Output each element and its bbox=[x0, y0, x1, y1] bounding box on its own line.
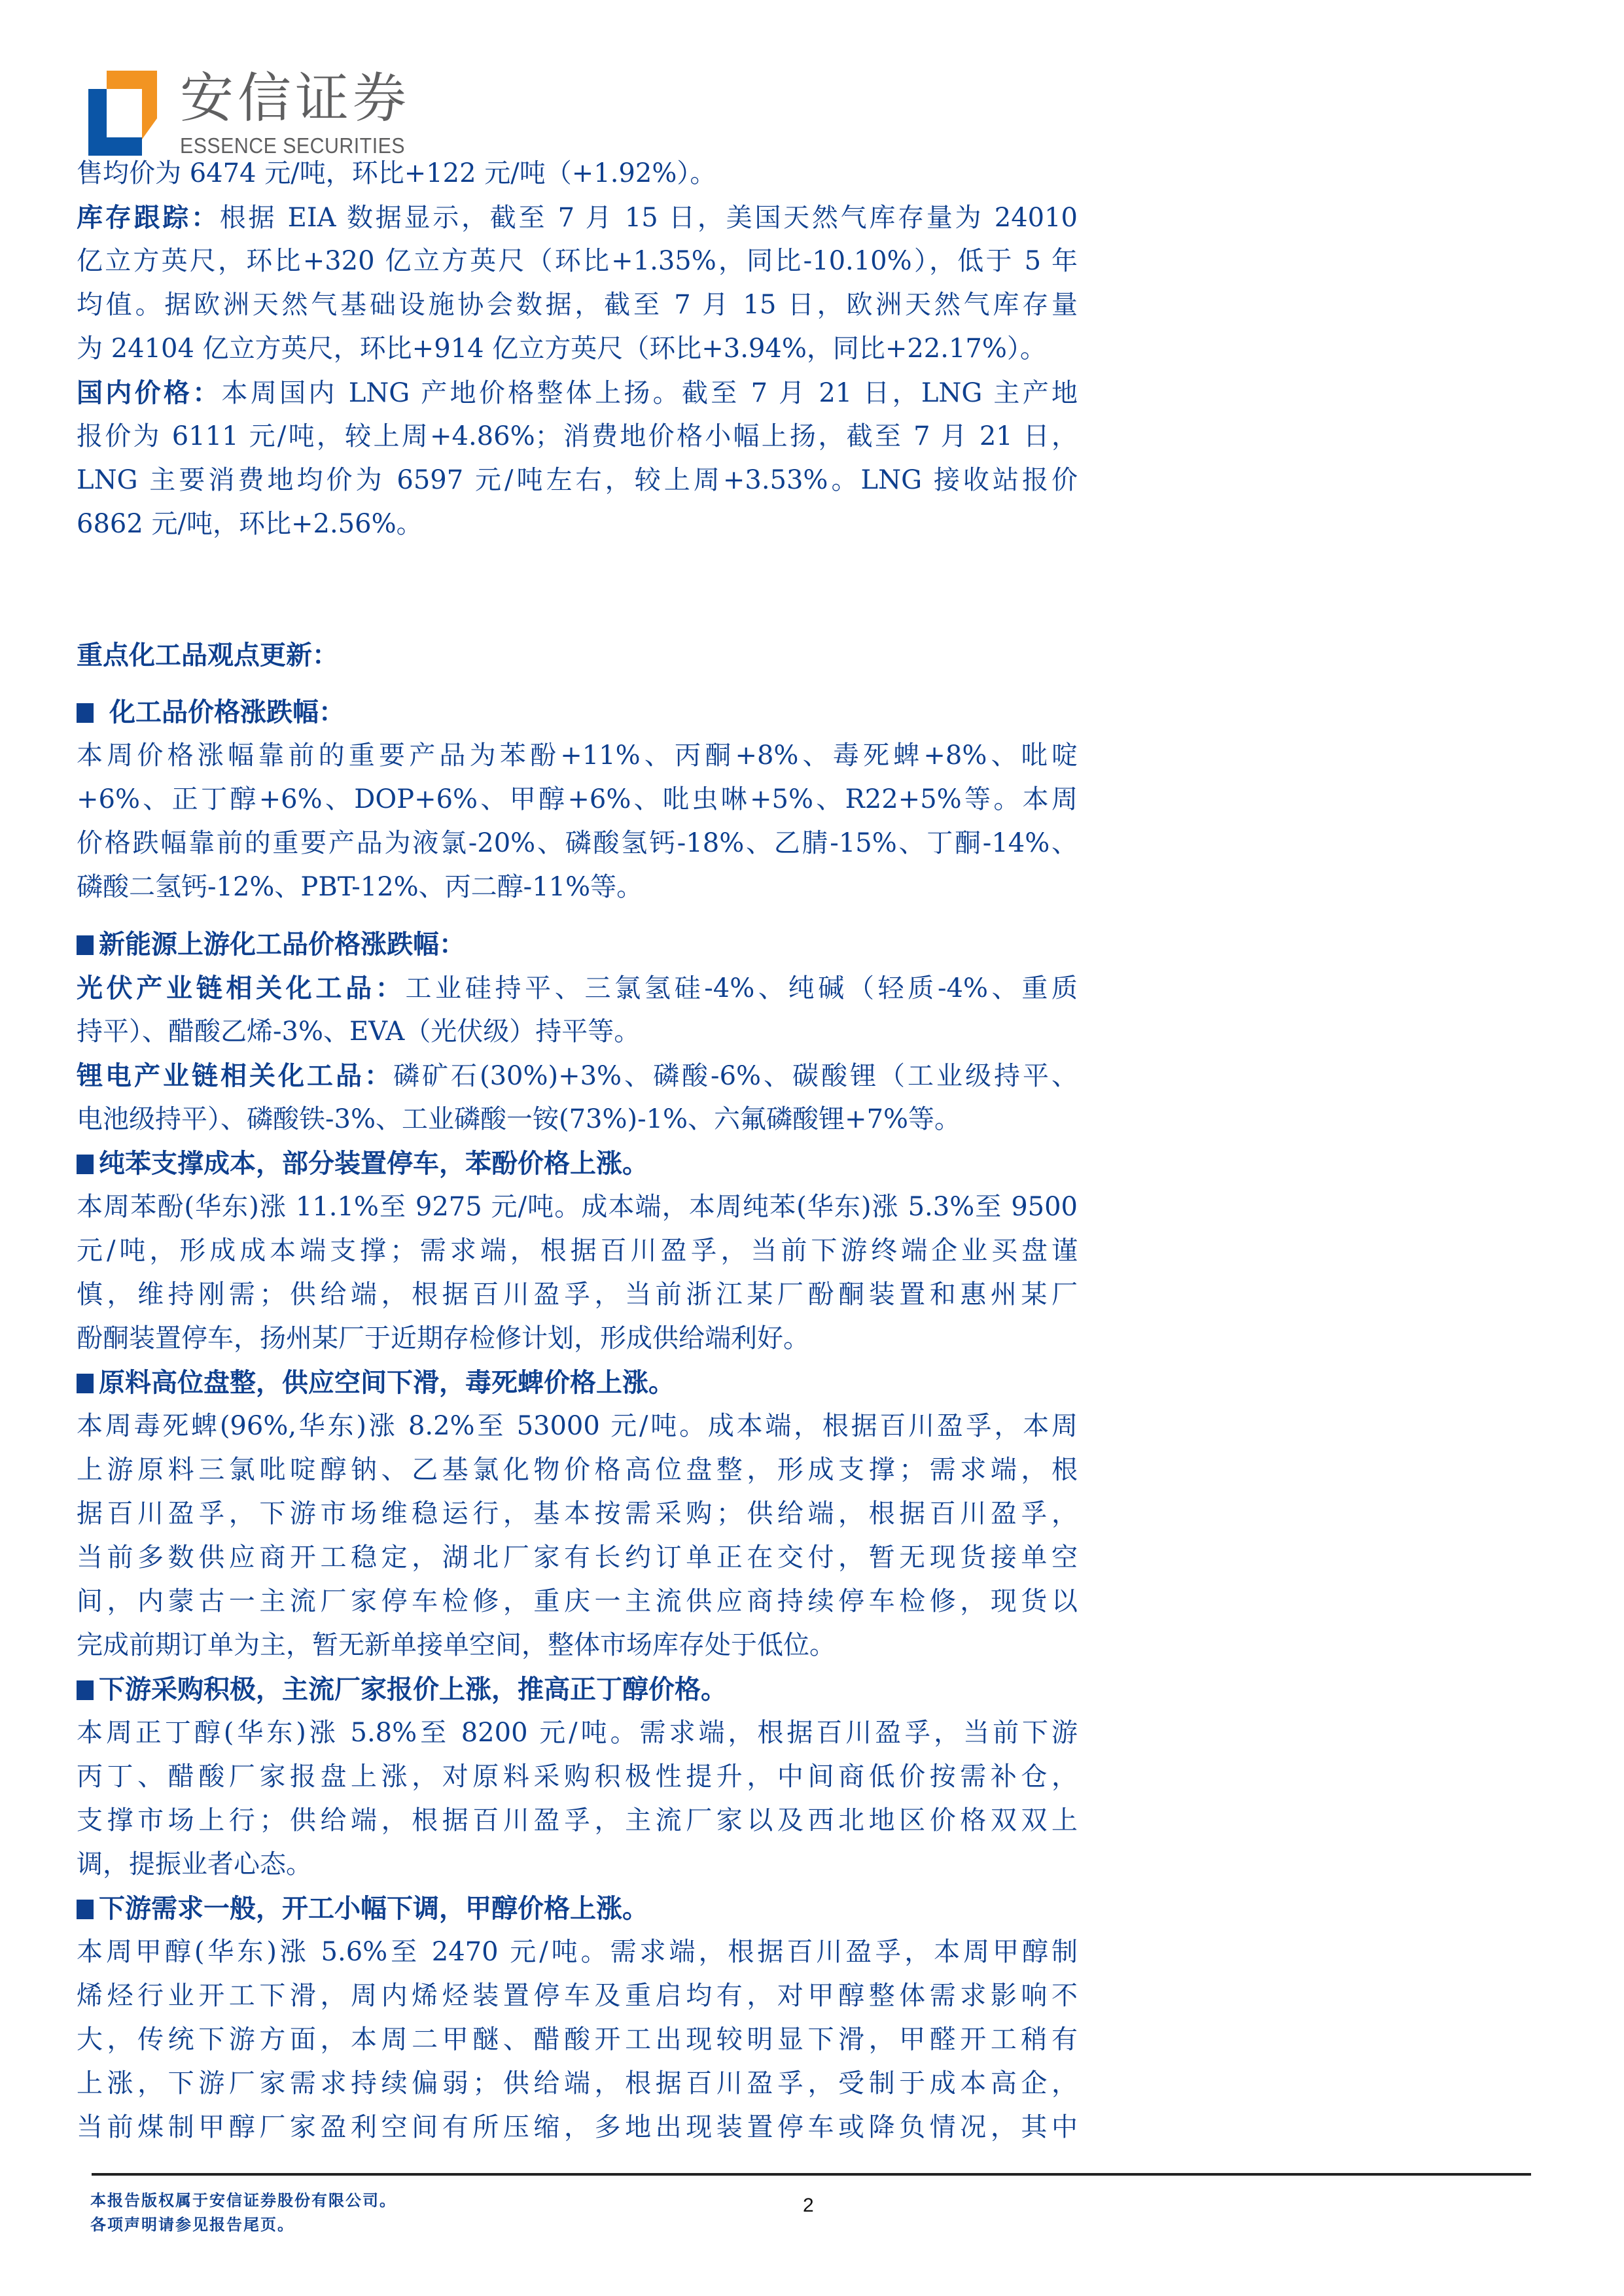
paragraph-line: 为 24104 亿立方英尺，环比+914 亿立方英尺（环比+3.94%，同比+2… bbox=[77, 327, 1078, 371]
bullet-square-icon bbox=[77, 703, 94, 723]
paragraph-line: 持平）、醋酸乙烯-3%、EVA（光伏级）持平等。 bbox=[77, 1010, 1078, 1054]
paragraph-line: 当前煤制甲醇厂家盈利空间有所压缩，多地出现装置停车或降负情况，其中 bbox=[77, 2106, 1078, 2149]
footer-notice: 本报告版权属于安信证券股份有限公司。 各项声明请参见报告尾页。 bbox=[90, 2188, 397, 2236]
paragraph-line: 支撑市场上行；供给端，根据百川盈孚，主流厂家以及西北地区价格双双上 bbox=[77, 1799, 1078, 1843]
paragraph-line: 元/吨，形成成本端支撑；需求端，根据百川盈孚，当前下游终端企业买盘谨 bbox=[77, 1229, 1078, 1273]
paragraph-line: 上涨，下游厂家需求持续偏弱；供给端，根据百川盈孚，受制于成本高企， bbox=[77, 2062, 1078, 2106]
paragraph-line: 烯烃行业开工下滑，周内烯烃装置停车及重启均有，对甲醇整体需求影响不 bbox=[77, 1974, 1078, 2018]
paragraph-line: 当前多数供应商开工稳定，湖北厂家有长约订单正在交付，暂无现货接单空 bbox=[77, 1536, 1078, 1580]
paragraph-line: 售均价为 6474 元/吨，环比+122 元/吨（+1.92%）。 bbox=[77, 152, 1078, 196]
disclaimer-text: 各项声明请参见报告尾页。 bbox=[90, 2212, 397, 2236]
paragraph-line: 上游原料三氯吡啶醇钠、乙基氯化物价格高位盘整，形成支撑；需求端，根 bbox=[77, 1448, 1078, 1492]
paragraph-line: 光伏产业链相关化工品：工业硅持平、三氯氢硅-4%、纯碱（轻质-4%、重质 bbox=[77, 966, 1078, 1010]
paragraph-line: 磷酸二氢钙-12%、PBT-12%、丙二醇-11%等。 bbox=[77, 865, 1078, 909]
report-body: 售均价为 6474 元/吨，环比+122 元/吨（+1.92%）。 库存跟踪：根… bbox=[77, 152, 1078, 2149]
copyright-text: 本报告版权属于安信证券股份有限公司。 bbox=[90, 2188, 397, 2212]
bullet-square-icon bbox=[77, 1900, 94, 1919]
company-logo: 安信证券 ESSENCE SECURITIES bbox=[88, 71, 429, 162]
footer-divider bbox=[92, 2173, 1531, 2176]
bullet-square-icon bbox=[77, 935, 94, 955]
bullet-square-icon bbox=[77, 1155, 94, 1174]
paragraph-line: 电池级持平）、磷酸铁-3%、工业磷酸一铵(73%)-1%、六氟磷酸锂+7%等。 bbox=[77, 1098, 1078, 1141]
logo-mark-icon bbox=[88, 71, 157, 156]
paragraph-line: 本周苯酚(华东)涨 11.1%至 9275 元/吨。成本端，本周纯苯(华东)涨 … bbox=[77, 1185, 1078, 1229]
paragraph-line: 大，传统下游方面，本周二甲醚、醋酸开工出现较明显下滑，甲醛开工稍有 bbox=[77, 2018, 1078, 2062]
paragraph-line: 亿立方英尺，环比+320 亿立方英尺（环比+1.35%，同比-10.10%），低… bbox=[77, 239, 1078, 283]
subsection-heading: 化工品价格涨跌幅： bbox=[77, 690, 1078, 734]
topic-heading: 纯苯支撑成本，部分装置停车，苯酚价格上涨。 bbox=[77, 1141, 1078, 1185]
paragraph-line: 本周价格涨幅靠前的重要产品为苯酚+11%、丙酮+8%、毒死蜱+8%、吡啶 bbox=[77, 734, 1078, 778]
paragraph-line: 6862 元/吨，环比+2.56%。 bbox=[77, 502, 1078, 546]
logo-chinese-name: 安信证券 bbox=[180, 72, 410, 126]
paragraph-line: 间，内蒙古一主流厂家停车检修，重庆一主流供应商持续停车检修，现货以 bbox=[77, 1580, 1078, 1624]
paragraph-line: 丙丁、醋酸厂家报盘上涨，对原料采购积极性提升，中间商低价按需补仓， bbox=[77, 1755, 1078, 1799]
subsection-heading: 新能源上游化工品价格涨跌幅： bbox=[77, 922, 1078, 966]
paragraph-line: 库存跟踪：根据 EIA 数据显示，截至 7 月 15 日，美国天然气库存量为 2… bbox=[77, 196, 1078, 239]
paragraph-line: 国内价格：本周国内 LNG 产地价格整体上扬。截至 7 月 21 日，LNG 主… bbox=[77, 371, 1078, 415]
inventory-lead: 库存跟踪： bbox=[77, 202, 220, 233]
paragraph-line: 价格跌幅靠前的重要产品为液氯-20%、磷酸氢钙-18%、乙腈-15%、丁酮-14… bbox=[77, 822, 1078, 865]
paragraph-line: 本周甲醇(华东)涨 5.6%至 2470 元/吨。需求端，根据百川盈孚，本周甲醇… bbox=[77, 1930, 1078, 1974]
paragraph-line: 调，提振业者心态。 bbox=[77, 1843, 1078, 1887]
bullet-square-icon bbox=[77, 1680, 94, 1700]
page-number: 2 bbox=[803, 2195, 814, 2217]
paragraph-line: 完成前期订单为主，暂无新单接单空间，整体市场库存处于低位。 bbox=[77, 1624, 1078, 1667]
topic-heading: 下游需求一般，开工小幅下调，甲醇价格上涨。 bbox=[77, 1887, 1078, 1930]
paragraph-line: 锂电产业链相关化工品：磷矿石(30%)+3%、磷酸-6%、碳酸锂（工业级持平、 bbox=[77, 1054, 1078, 1098]
paragraph-line: LNG 主要消费地均价为 6597 元/吨左右，较上周+3.53%。LNG 接收… bbox=[77, 459, 1078, 502]
section-title: 重点化工品观点更新： bbox=[77, 633, 1078, 677]
topic-heading: 原料高位盘整，供应空间下滑，毒死蜱价格上涨。 bbox=[77, 1361, 1078, 1404]
bullet-square-icon bbox=[77, 1374, 94, 1393]
topic-heading: 下游采购积极，主流厂家报价上涨，推高正丁醇价格。 bbox=[77, 1667, 1078, 1711]
paragraph-line: +6%、正丁醇+6%、DOP+6%、甲醇+6%、吡虫啉+5%、R22+5%等。本… bbox=[77, 778, 1078, 822]
paragraph-line: 均值。据欧洲天然气基础设施协会数据，截至 7 月 15 日，欧洲天然气库存量 bbox=[77, 283, 1078, 327]
paragraph-line: 酚酮装置停车，扬州某厂于近期存检修计划，形成供给端利好。 bbox=[77, 1317, 1078, 1361]
paragraph-line: 本周正丁醇(华东)涨 5.8%至 8200 元/吨。需求端，根据百川盈孚，当前下… bbox=[77, 1711, 1078, 1755]
domestic-price-lead: 国内价格： bbox=[77, 377, 222, 408]
paragraph-line: 慎，维持刚需；供给端，根据百川盈孚，当前浙江某厂酚酮装置和惠州某厂 bbox=[77, 1273, 1078, 1317]
paragraph-line: 据百川盈孚，下游市场维稳运行，基本按需采购；供给端，根据百川盈孚， bbox=[77, 1492, 1078, 1536]
paragraph-line: 本周毒死蜱(96%,华东)涨 8.2%至 53000 元/吨。成本端，根据百川盈… bbox=[77, 1404, 1078, 1448]
paragraph-line: 报价为 6111 元/吨，较上周+4.86%；消费地价格小幅上扬，截至 7 月 … bbox=[77, 415, 1078, 459]
